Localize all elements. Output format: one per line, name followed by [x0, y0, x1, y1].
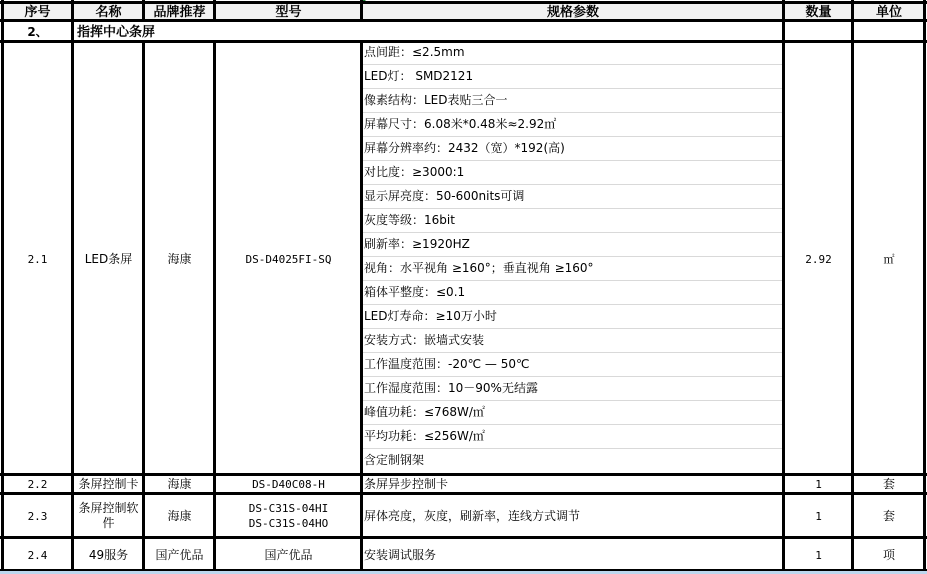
- spec-item[interactable]: 工作湿度范围：10－90%无结露: [364, 376, 782, 399]
- row-2-1-index[interactable]: 2.1: [3, 43, 72, 475]
- spec-item[interactable]: 含定制钢架: [364, 448, 782, 471]
- grid-line: [923, 0, 926, 574]
- grid-line: [71, 21, 74, 41]
- spreadsheet: 序号 名称 品牌推荐 型号 规格参数 数量 单位 2、 指挥中心条屏 2.1 L…: [0, 0, 927, 574]
- spec-item[interactable]: 安装方式：嵌墙式安装: [364, 328, 782, 351]
- row-2-4-name[interactable]: 49服务: [74, 539, 143, 571]
- grid-line: [782, 0, 785, 574]
- spec-item[interactable]: 屏幕分辨率约：2432（宽）*192(高): [364, 136, 782, 159]
- grid-line: [0, 492, 927, 495]
- grid-line: [0, 1, 927, 4]
- row-2-4-brand[interactable]: 国产优品: [145, 539, 214, 571]
- row-2-3-qty[interactable]: 1: [785, 495, 852, 537]
- spec-item[interactable]: 工作温度范围：-20℃ — 50℃: [364, 352, 782, 375]
- spec-item[interactable]: 箱体平整度：≤0.1: [364, 280, 782, 303]
- spec-item[interactable]: 平均功耗：≤256W/㎡: [364, 424, 782, 447]
- grid-line: [1, 0, 4, 574]
- grid-line: [0, 473, 927, 476]
- section-title[interactable]: 指挥中心条屏: [74, 23, 361, 41]
- spec-item[interactable]: 屏幕尺寸：6.08米*0.48米≈2.92㎡: [364, 112, 782, 135]
- spec-item[interactable]: 点间距：≤2.5mm: [364, 40, 782, 63]
- row-2-4-unit[interactable]: 项: [854, 539, 924, 571]
- row-2-4-spec[interactable]: 安装调试服务: [362, 539, 783, 571]
- grid-line: [0, 536, 927, 539]
- row-2-1-brand[interactable]: 海康: [145, 43, 214, 475]
- grid-line: [851, 0, 854, 574]
- row-2-4-model[interactable]: 国产优品: [216, 539, 361, 571]
- spec-item[interactable]: 显示屏亮度：50-600nits可调: [364, 184, 782, 207]
- row-2-3-spec[interactable]: 屏体亮度，灰度，刷新率，连线方式调节: [362, 495, 783, 537]
- grid-line: [0, 19, 927, 22]
- row-2-1-qty[interactable]: 2.92: [785, 43, 852, 475]
- row-2-2-brand[interactable]: 海康: [145, 476, 214, 493]
- row-2-3-model[interactable]: DS-C31S-04HI DS-C31S-04HO: [216, 495, 361, 537]
- row-2-2-unit[interactable]: 套: [854, 476, 924, 493]
- spec-item[interactable]: 对比度：≥3000:1: [364, 160, 782, 183]
- spec-item[interactable]: 灰度等级：16bit: [364, 208, 782, 231]
- row-2-3-model-line1: DS-C31S-04HI: [249, 501, 328, 516]
- row-2-3-name[interactable]: 条屏控制软 件: [74, 495, 143, 537]
- row-2-3-name-line1: 条屏控制软: [78, 501, 138, 516]
- row-2-1-unit[interactable]: ㎡: [854, 43, 924, 475]
- row-2-2-qty[interactable]: 1: [785, 476, 852, 493]
- row-2-3-name-line2: 件: [102, 516, 114, 531]
- spec-item[interactable]: 峰值功耗：≤768W/㎡: [364, 400, 782, 423]
- row-2-1-name[interactable]: LED条屏: [74, 43, 143, 475]
- row-2-4-index[interactable]: 2.4: [3, 539, 72, 571]
- row-2-2-name[interactable]: 条屏控制卡: [74, 476, 143, 493]
- spec-item[interactable]: 像素结构：LED表贴三合一: [364, 88, 782, 111]
- spec-item[interactable]: LED灯寿命：≥10万小时: [364, 304, 782, 327]
- row-2-3-index[interactable]: 2.3: [3, 495, 72, 537]
- grid-line: [0, 40, 927, 43]
- row-2-2-model[interactable]: DS-D40C08-H: [216, 476, 361, 493]
- row-2-4-qty[interactable]: 1: [785, 539, 852, 571]
- section-index[interactable]: 2、: [3, 23, 72, 41]
- row-2-2-index[interactable]: 2.2: [3, 476, 72, 493]
- spec-item[interactable]: 刷新率：≥1920HZ: [364, 232, 782, 255]
- row-2-3-model-line2: DS-C31S-04HO: [249, 516, 328, 531]
- row-2-2-spec[interactable]: 条屏异步控制卡: [362, 476, 783, 493]
- row-2-3-brand[interactable]: 海康: [145, 495, 214, 537]
- row-2-3-unit[interactable]: 套: [854, 495, 924, 537]
- spec-item[interactable]: LED灯： SMD2121: [364, 64, 782, 87]
- spec-item[interactable]: 视角：水平视角 ≥160°；垂直视角 ≥160°: [364, 256, 782, 279]
- row-2-1-model[interactable]: DS-D4025FI-SQ: [216, 43, 361, 475]
